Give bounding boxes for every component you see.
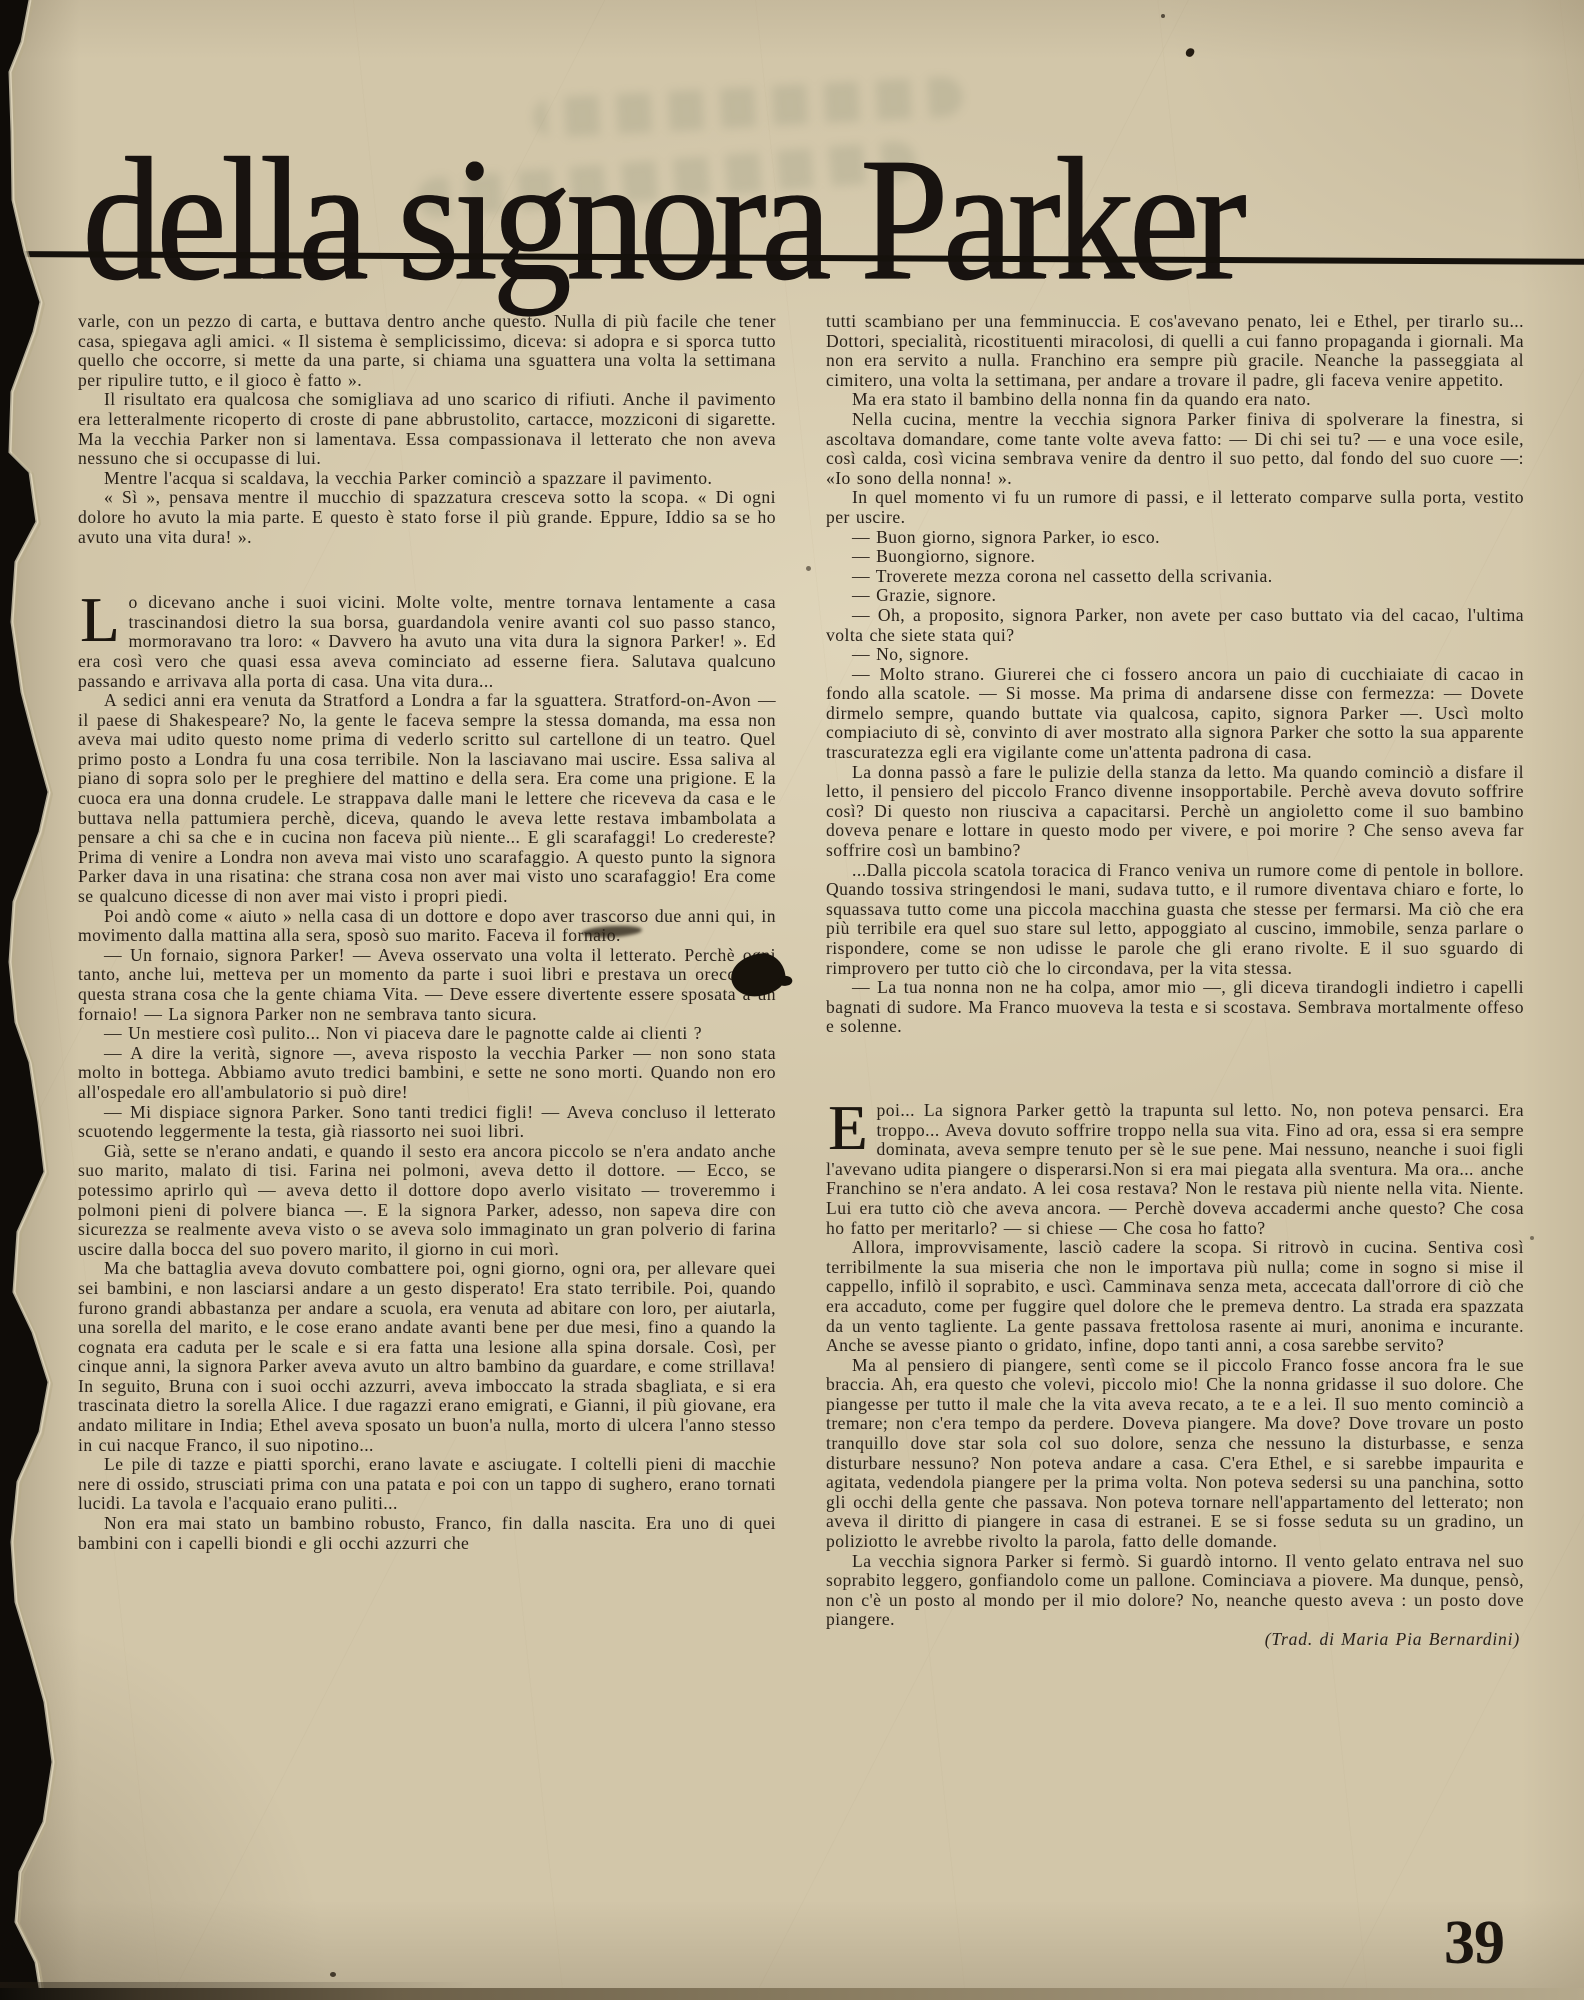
paragraph: varle, con un pezzo di carta, e buttava … — [78, 312, 776, 390]
paragraph: ...Dalla piccola scatola toracica di Fra… — [826, 861, 1524, 979]
paragraph: tutti scambiano per una femminuccia. E c… — [826, 312, 1524, 390]
dropcap-paragraph: Lo dicevano anche i suoi vicini. Molte v… — [78, 593, 776, 691]
paragraph: Ma era stato il bambino della nonna fin … — [826, 390, 1524, 410]
paragraph: — Buongiorno, signore. — [826, 547, 1524, 567]
paragraph: Mentre l'acqua si scaldava, la vecchia P… — [78, 469, 776, 489]
paragraph: Già, sette se n'erano andati, e quando i… — [78, 1142, 776, 1260]
translator-credit: (Trad. di Maria Pia Bernardini) — [826, 1630, 1524, 1650]
paper-speck — [1185, 47, 1196, 58]
paragraph: — La tua nonna non ne ha colpa, amor mio… — [826, 978, 1524, 1037]
column-left: varle, con un pezzo di carta, e buttava … — [78, 312, 776, 1553]
paragraph: — Un mestiere così pulito... Non vi piac… — [78, 1024, 776, 1044]
paragraph: A sedici anni era venuta da Stratford a … — [78, 691, 776, 907]
column-right: tutti scambiano per una femminuccia. E c… — [826, 312, 1524, 1650]
paragraph: Non era mai stato un bambino robusto, Fr… — [78, 1514, 776, 1553]
paragraph: Allora, improvvisamente, lasciò cadere l… — [826, 1238, 1524, 1356]
paragraph: — Un fornaio, signora Parker! — Aveva os… — [78, 946, 776, 1024]
paragraph: Nella cucina, mentre la vecchia signora … — [826, 410, 1524, 488]
paragraph: Il risultato era qualcosa che somigliava… — [78, 390, 776, 468]
paper-speck — [1161, 14, 1165, 18]
paper-speck — [806, 566, 811, 571]
paragraph: « Sì », pensava mentre il mucchio di spa… — [78, 488, 776, 547]
section-break — [826, 1037, 1524, 1101]
paragraph: Poi andò come « aiuto » nella casa di un… — [78, 907, 776, 946]
dropcap-paragraph: Epoi... La signora Parker gettò la trapu… — [826, 1101, 1524, 1238]
bottom-page-edge — [0, 1988, 1584, 2000]
paragraph: — Troverete mezza corona nel cassetto de… — [826, 567, 1524, 587]
section-break — [78, 547, 776, 593]
paragraph: La vecchia signora Parker si fermò. Si g… — [826, 1552, 1524, 1630]
drop-cap: E — [826, 1101, 877, 1151]
paper-speck — [1530, 1236, 1534, 1240]
paragraph: — Oh, a proposito, signora Parker, non a… — [826, 606, 1524, 645]
paragraph: — No, signore. — [826, 645, 1524, 665]
magazine-page: della signora Parker varle, con un pezzo… — [0, 0, 1584, 2000]
paragraph: Ma al pensiero di piangere, sentì come s… — [826, 1356, 1524, 1552]
paragraph: Le pile di tazze e piatti sporchi, erano… — [78, 1455, 776, 1514]
paragraph: La donna passò a fare le pulizie della s… — [826, 763, 1524, 861]
paragraph: — Buon giorno, signora Parker, io esco. — [826, 528, 1524, 548]
paragraph: — Mi dispiace signora Parker. Sono tanti… — [78, 1103, 776, 1142]
paragraph: — A dire la verità, signore —, aveva ris… — [78, 1044, 776, 1103]
paper-speck — [330, 1972, 336, 1977]
page-number: 39 — [1444, 1912, 1504, 1974]
story-title: della signora Parker — [82, 130, 1241, 310]
paragraph: — Grazie, signore. — [826, 586, 1524, 606]
paragraph: Ma che battaglia aveva dovuto combattere… — [78, 1259, 776, 1455]
paragraph: — Molto strano. Giurerei che ci fossero … — [826, 665, 1524, 763]
paragraph: In quel momento vi fu un rumore di passi… — [826, 488, 1524, 527]
drop-cap: L — [78, 593, 129, 643]
